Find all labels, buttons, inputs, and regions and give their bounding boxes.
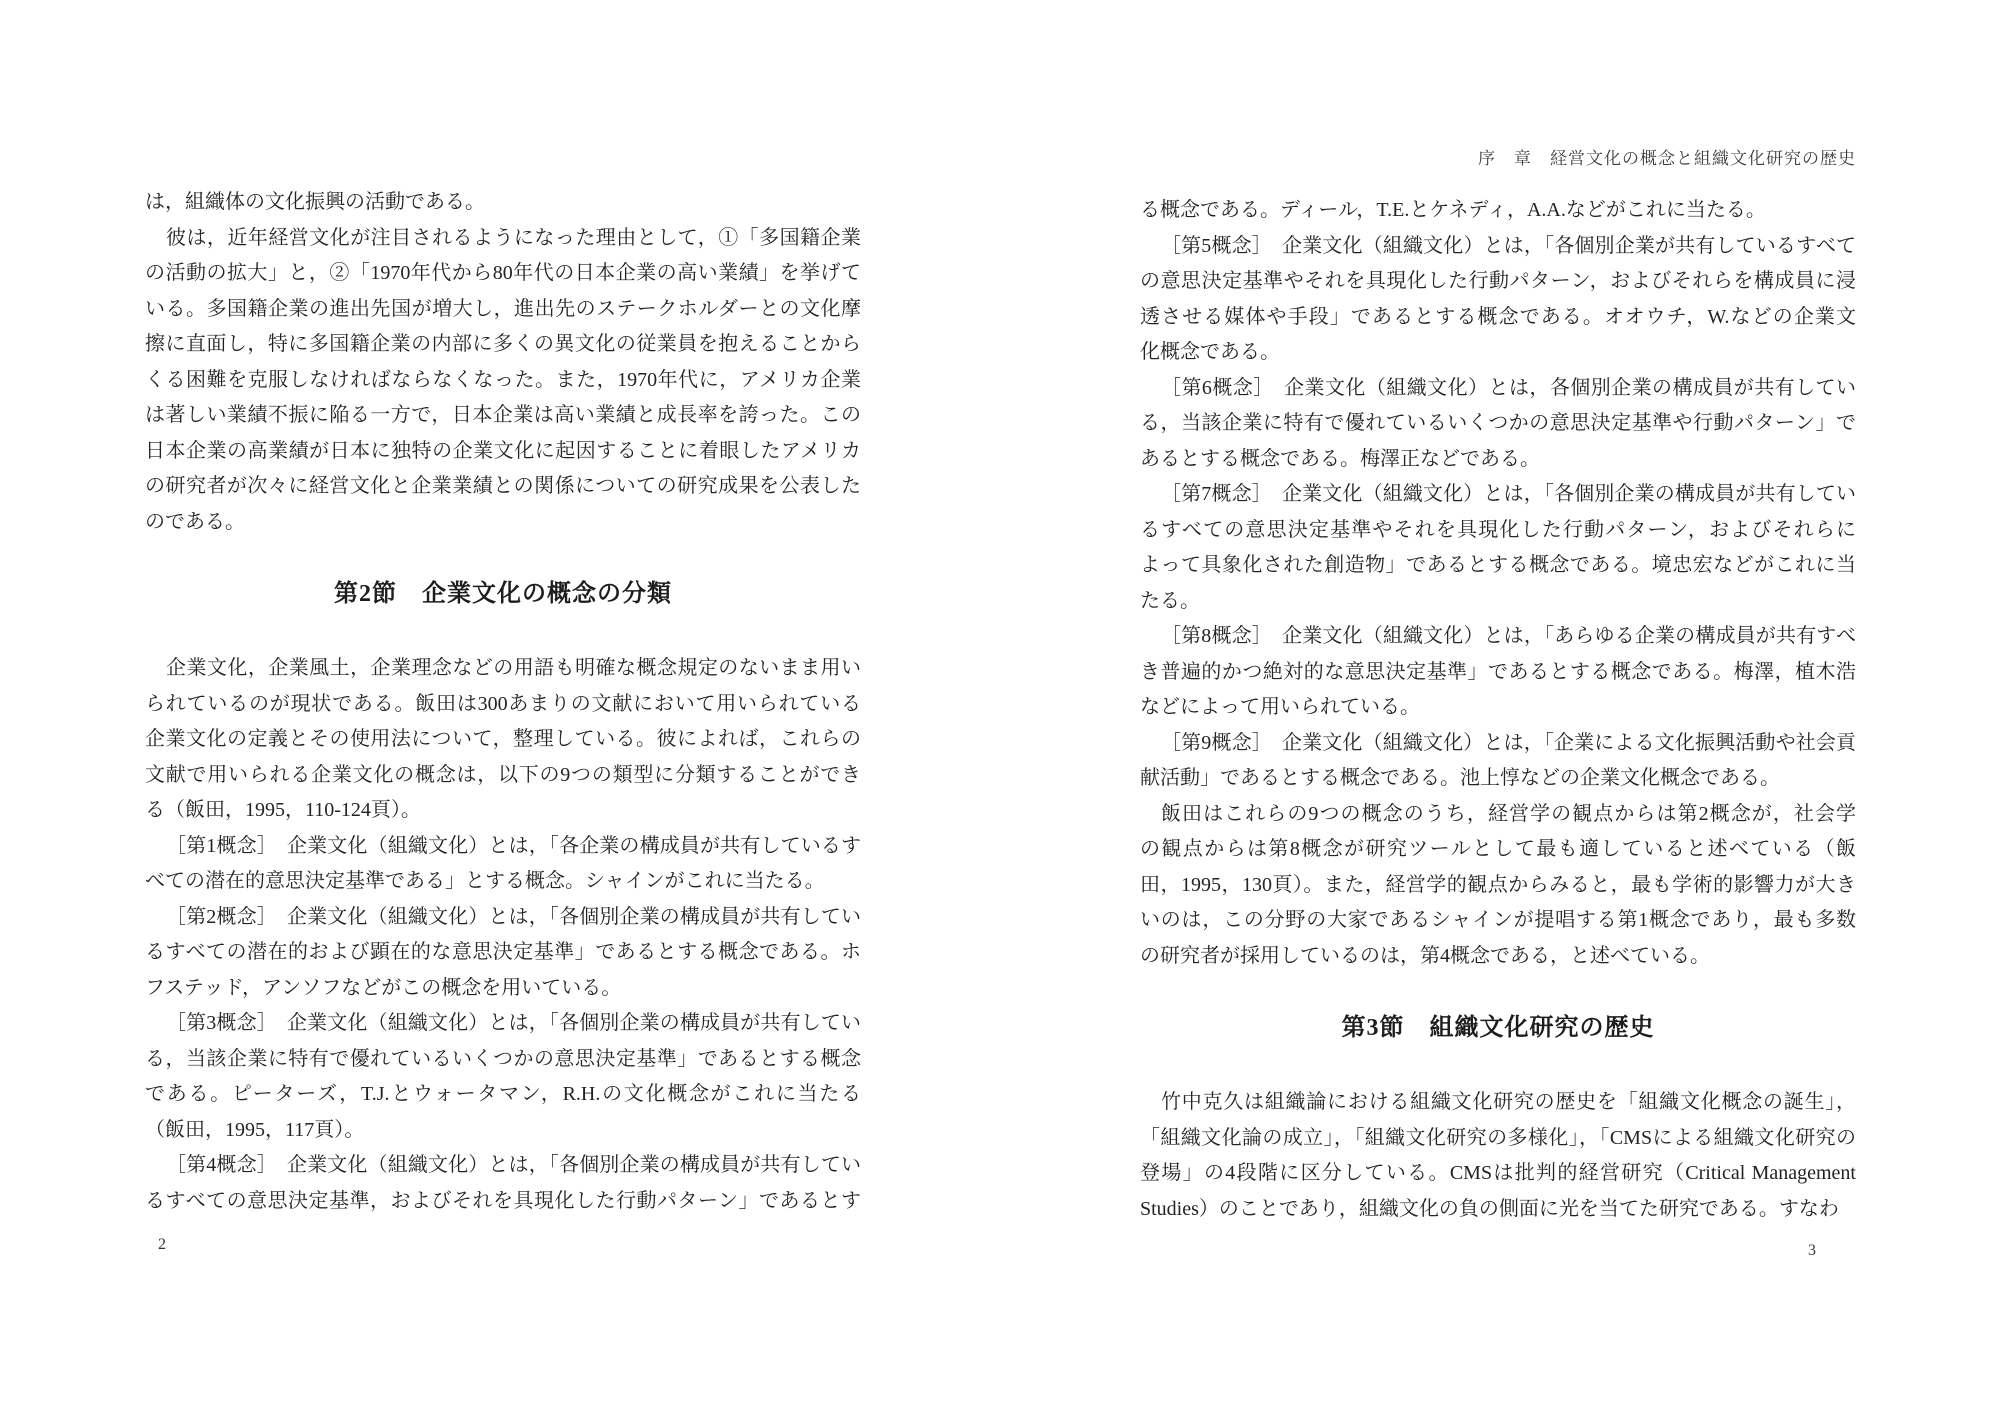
text-line: 化概念である。 — [1140, 335, 1856, 371]
text-line: 企業文化，企業風土，企業理念などの用語も明確な概念規定のないまま用い — [145, 651, 861, 687]
text-line: ［第4概念］ 企業文化（組織文化）とは，「各個別企業の構成員が共有してい — [145, 1148, 861, 1184]
text-line: べての潜在的意思決定基準である」とする概念。シャインがこれに当たる。 — [145, 864, 861, 900]
text-line: 献活動」であるとする概念である。池上惇などの企業文化概念である。 — [1140, 761, 1856, 797]
text-line: 文献で用いられる企業文化の概念は，以下の9つの類型に分類することができ — [145, 758, 861, 794]
text-line: る（飯田，1995，110-124頁）。 — [145, 793, 861, 829]
text-line: の観点からは第8概念が研究ツールとして最も適していると述べている（飯 — [1140, 832, 1856, 868]
text-line: いのは，この分野の大家であるシャインが提唱する第1概念であり，最も多数 — [1140, 903, 1856, 939]
text-line: 擦に直面し，特に多国籍企業の内部に多くの異文化の従業員を抱えることから — [145, 327, 861, 363]
text-line: の研究者が採用しているのは，第4概念である，と述べている。 — [1140, 939, 1856, 975]
text-line: あるとする概念である。梅澤正などである。 — [1140, 442, 1856, 478]
text-line: 登場」の4段階に区分している。CMSは批判的経営研究（Critical Mana… — [1140, 1156, 1856, 1192]
text-line: るすべての潜在的および顕在的な意思決定基準」であるとする概念である。ホ — [145, 935, 861, 971]
text-line: （飯田，1995，117頁）。 — [145, 1113, 861, 1149]
text-line: 飯田はこれらの9つの概念のうち，経営学の観点からは第2概念が，社会学 — [1140, 797, 1856, 833]
left-page-text: は，組織体の文化振興の活動である。彼は，近年経営文化が注目されるようになった理由… — [145, 185, 861, 1219]
text-line: る概念である。ディール，T.E.とケネディ，A.A.などがこれに当たる。 — [1140, 193, 1856, 229]
text-line: 日本企業の高業績が日本に独特の企業文化に起因することに着眼したアメリカ — [145, 434, 861, 470]
text-line: ［第1概念］ 企業文化（組織文化）とは，「各企業の構成員が共有しているす — [145, 829, 861, 865]
text-line: るすべての意思決定基準やそれを具現化した行動パターン，およびそれらに — [1140, 513, 1856, 549]
text-line: 企業文化の定義とその使用法について，整理している。彼によれば，これらの — [145, 722, 861, 758]
text-line: は，組織体の文化振興の活動である。 — [145, 185, 861, 221]
text-line: られているのが現状である。飯田は300あまりの文献において用いられている — [145, 687, 861, 723]
text-line: などによって用いられている。 — [1140, 690, 1856, 726]
running-header: 序 章 経営文化の概念と組織文化研究の歴史 — [1140, 148, 1856, 170]
text-line: である。ピーターズ，T.J.とウォータマン，R.H.の文化概念がこれに当たる — [145, 1077, 861, 1113]
text-line: の意思決定基準やそれを具現化した行動パターン，およびそれらを構成員に浸 — [1140, 264, 1856, 300]
text-line: ［第6概念］ 企業文化（組織文化）とは，各個別企業の構成員が共有してい — [1140, 371, 1856, 407]
text-line: Studies）のことであり，組織文化の負の側面に光を当てた研究である。すなわ — [1140, 1192, 1856, 1228]
page-number-left: 2 — [158, 1236, 166, 1254]
text-line: 彼は，近年経営文化が注目されるようになった理由として，①「多国籍企業 — [145, 221, 861, 257]
text-line: の活動の拡大」と，②「1970年代から80年代の日本企業の高い業績」を挙げて — [145, 256, 861, 292]
text-line: 「組織文化論の成立」，「組織文化研究の多様化」，「CMSによる組織文化研究の — [1140, 1121, 1856, 1157]
text-line: よって具象化された創造物」であるとする概念である。境忠宏などがこれに当 — [1140, 548, 1856, 584]
page-number-right: 3 — [1808, 1242, 1816, 1260]
text-line: ［第9概念］ 企業文化（組織文化）とは，「企業による文化振興活動や社会貢 — [1140, 726, 1856, 762]
right-page-text: る概念である。ディール，T.E.とケネディ，A.A.などがこれに当たる。［第5概… — [1140, 193, 1856, 1227]
text-line: き普遍的かつ絶対的な意思決定基準」であるとする概念である。梅澤，植木浩 — [1140, 655, 1856, 691]
text-line: ［第2概念］ 企業文化（組織文化）とは，「各個別企業の構成員が共有してい — [145, 900, 861, 936]
text-line: 竹中克久は組織論における組織文化研究の歴史を「組織文化概念の誕生」， — [1140, 1085, 1856, 1121]
text-line: ［第8概念］ 企業文化（組織文化）とは，「あらゆる企業の構成員が共有すべ — [1140, 619, 1856, 655]
text-line: 透させる媒体や手段」であるとする概念である。オオウチ，W.などの企業文 — [1140, 300, 1856, 336]
text-line: いる。多国籍企業の進出先国が増大し，進出先のステークホルダーとの文化摩 — [145, 292, 861, 328]
text-line: フステッド，アンソフなどがこの概念を用いている。 — [145, 971, 861, 1007]
text-line: 田，1995，130頁）。また，経営学的観点からみると，最も学術的影響力が大き — [1140, 868, 1856, 904]
text-line: たる。 — [1140, 584, 1856, 620]
text-line: の研究者が次々に経営文化と企業業績との関係についての研究成果を公表した — [145, 469, 861, 505]
text-line: るすべての意思決定基準，およびそれを具現化した行動パターン」であるとす — [145, 1184, 861, 1220]
section-heading: 第3節 組織文化研究の歴史 — [1140, 1010, 1856, 1046]
text-line: のである。 — [145, 505, 861, 541]
text-line: る，当該企業に特有で優れているいくつかの意思決定基準や行動パターン」で — [1140, 406, 1856, 442]
text-line: ［第5概念］ 企業文化（組織文化）とは，「各個別企業が共有しているすべて — [1140, 229, 1856, 265]
text-line: ［第3概念］ 企業文化（組織文化）とは，「各個別企業の構成員が共有してい — [145, 1006, 861, 1042]
text-line: は著しい業績不振に陥る一方で，日本企業は高い業績と成長率を誇った。この — [145, 398, 861, 434]
section-heading: 第2節 企業文化の概念の分類 — [145, 576, 861, 612]
text-line: ［第7概念］ 企業文化（組織文化）とは，「各個別企業の構成員が共有してい — [1140, 477, 1856, 513]
text-line: る，当該企業に特有で優れているいくつかの意思決定基準」であるとする概念 — [145, 1042, 861, 1078]
text-line: くる困難を克服しなければならなくなった。また，1970年代に，アメリカ企業 — [145, 363, 861, 399]
